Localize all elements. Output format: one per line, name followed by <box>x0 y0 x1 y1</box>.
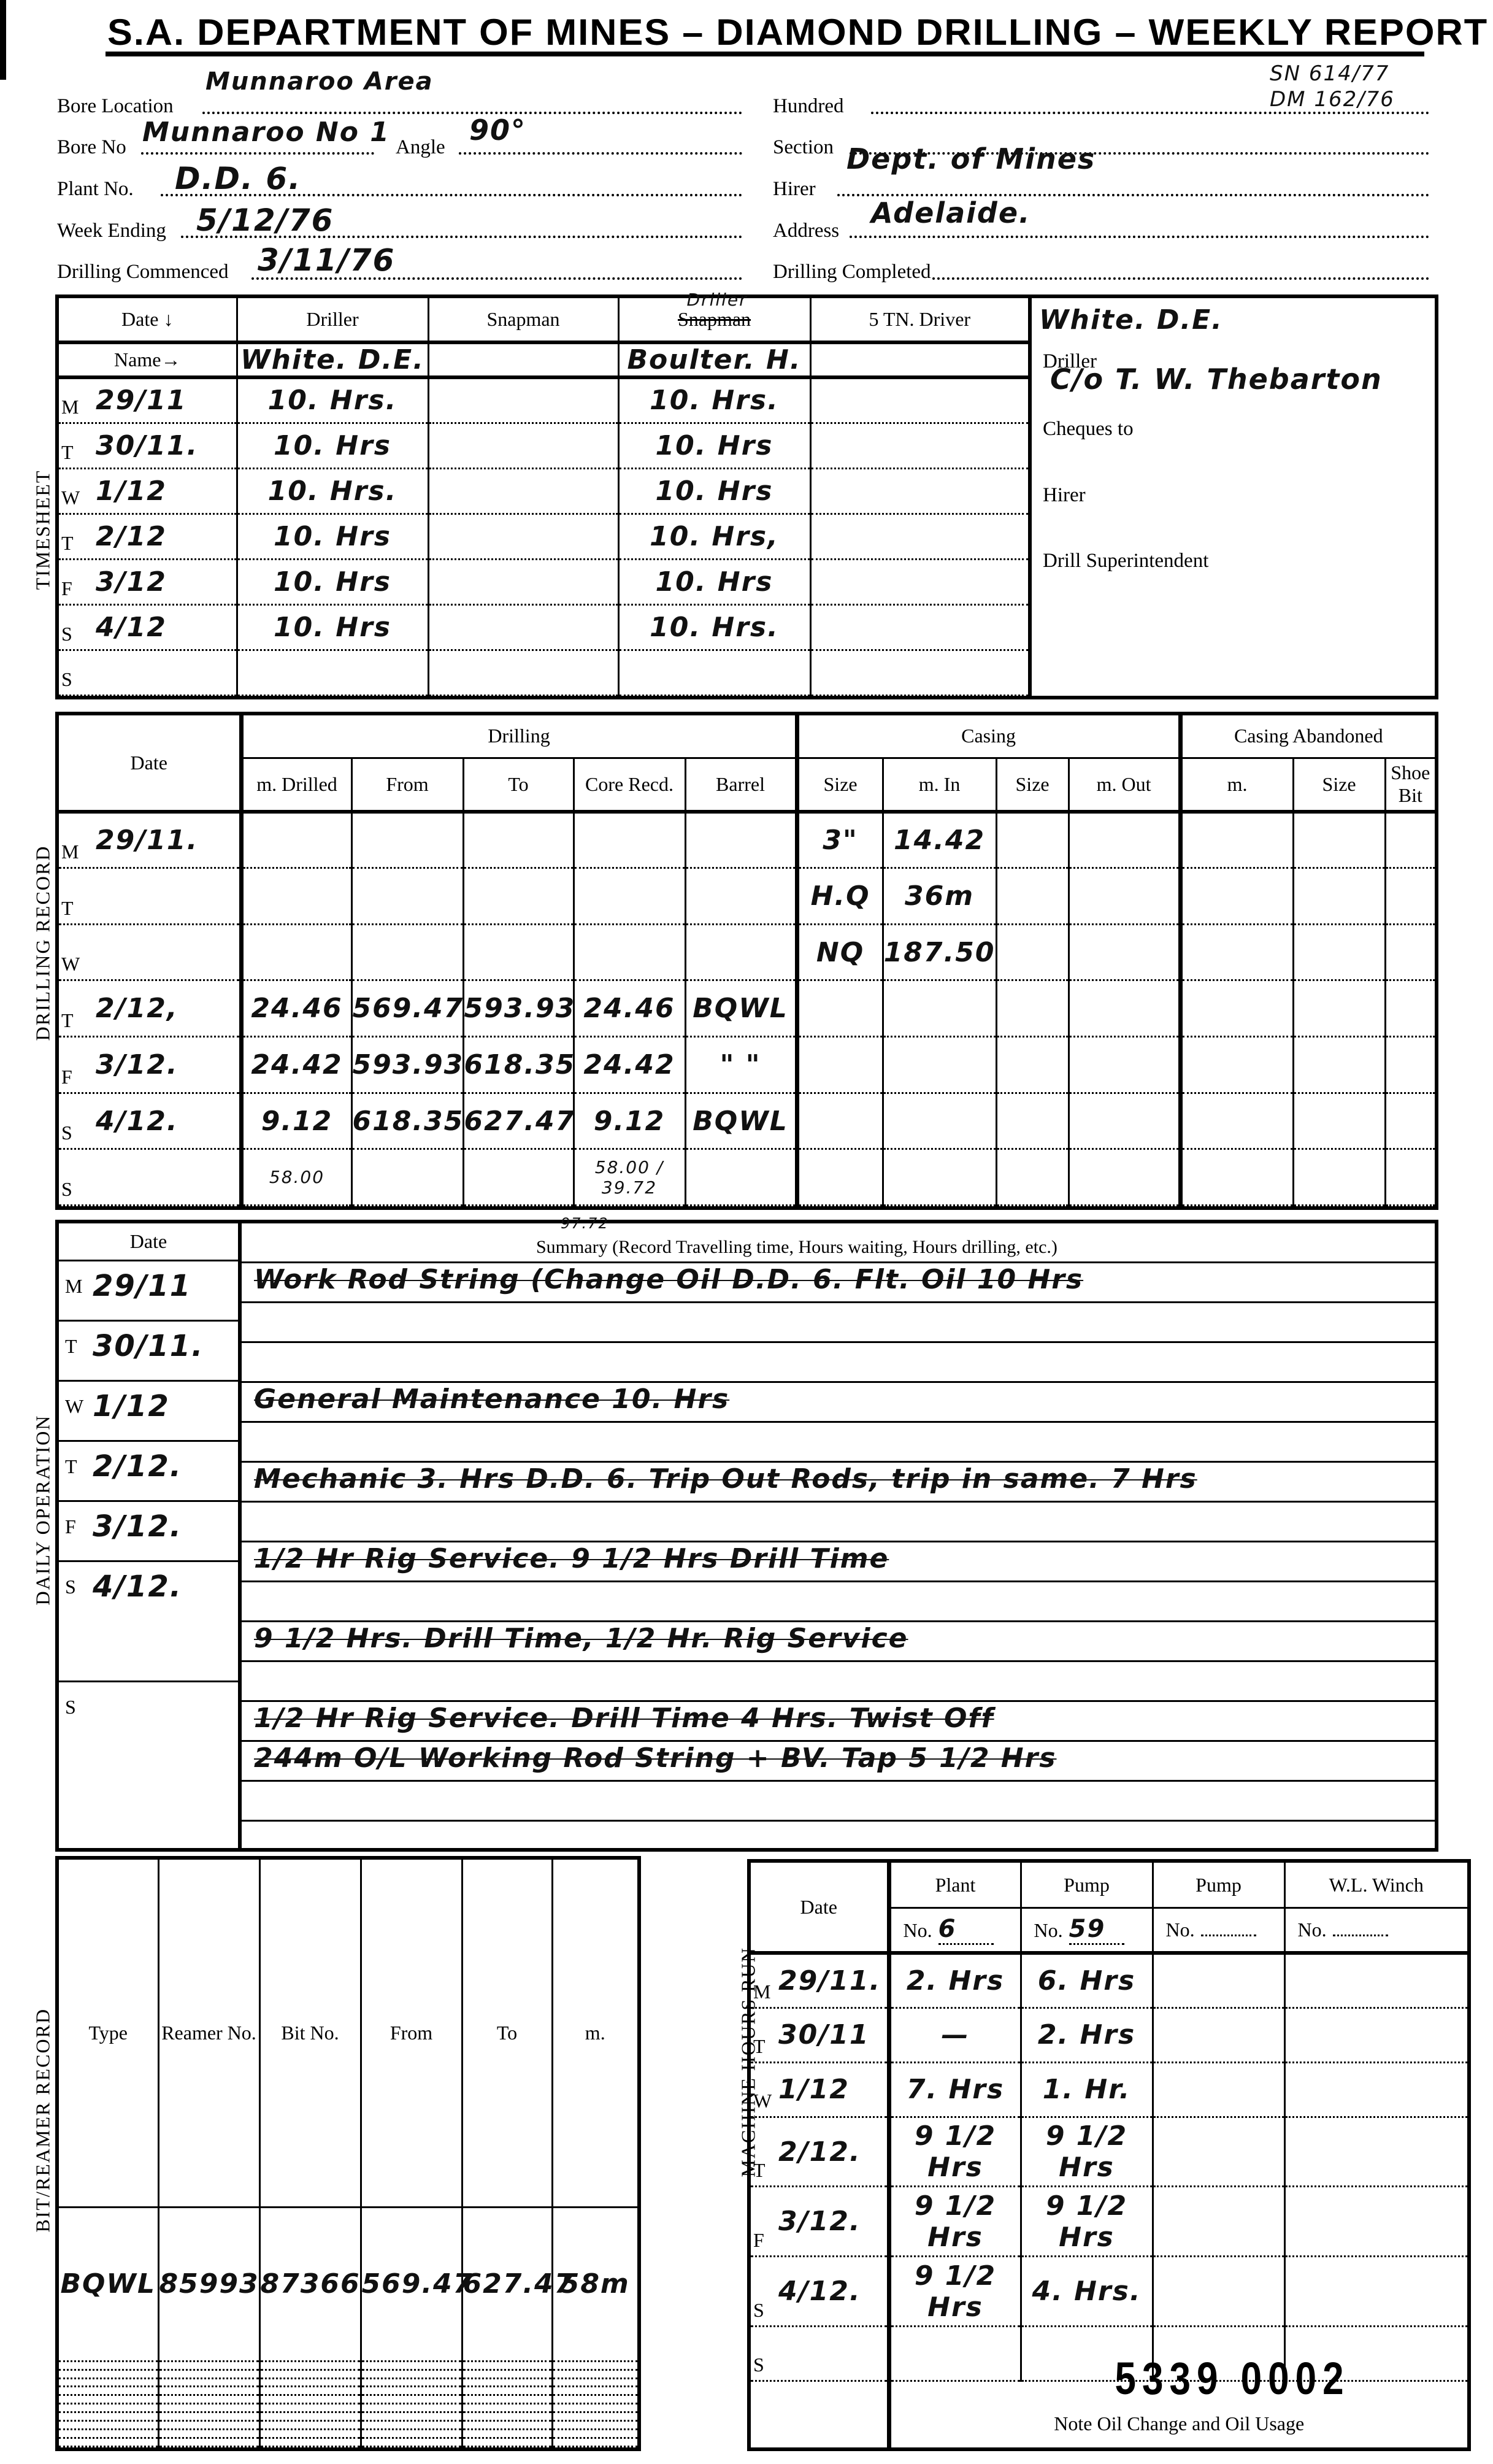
drilling-core[interactable]: 9.12 <box>574 1093 685 1149</box>
drilling-m-drilled[interactable]: 58.00 <box>241 1149 351 1206</box>
drilling-barrel[interactable] <box>685 924 797 980</box>
bit-m[interactable] <box>552 2370 637 2378</box>
bore-no-field[interactable] <box>141 152 374 155</box>
bit-from[interactable] <box>361 2378 462 2387</box>
drilling-to[interactable] <box>463 868 574 925</box>
daily-date[interactable]: 4/12. <box>93 1569 182 1604</box>
address-field[interactable] <box>850 236 1429 238</box>
bit-reamer-no[interactable] <box>158 2438 259 2447</box>
bit-from[interactable] <box>361 2412 462 2421</box>
bit-type[interactable] <box>59 2438 158 2447</box>
drilling-size-out[interactable] <box>996 924 1069 980</box>
daily-date-cell: F3/12. <box>59 1502 238 1562</box>
drilling-size-in[interactable] <box>797 1149 883 1206</box>
col-bit-no: Bit No. <box>259 1860 361 2207</box>
timesheet-hours-driller[interactable] <box>237 650 428 695</box>
timesheet-row: S <box>59 650 1028 695</box>
hours-pump2[interactable] <box>1153 1953 1284 2008</box>
bit-from[interactable] <box>361 2387 462 2395</box>
summary-rule <box>242 1780 1435 1782</box>
drilling-to[interactable]: 627.47 <box>463 1093 574 1149</box>
drilling-from[interactable]: 618.35 <box>351 1093 463 1149</box>
bit-type[interactable]: BQWL <box>59 2207 158 2361</box>
angle-label: Angle <box>396 136 445 159</box>
drilling-m-in[interactable] <box>883 1037 996 1093</box>
group-drilling: Drilling <box>241 715 797 758</box>
daily-date[interactable]: 30/11. <box>93 1329 204 1363</box>
driller-signature-value: C/o T. W. Thebarton <box>1050 363 1383 396</box>
timesheet-row: W1/1210. Hrs.10. Hrs <box>59 468 1028 514</box>
bit-reamer-no[interactable] <box>158 2387 259 2395</box>
timesheet-hours-driller[interactable]: 10. Hrs <box>237 604 428 650</box>
machine-hours-row: T2/12.9 1/2 Hrs9 1/2 Hrs <box>751 2117 1467 2187</box>
week-ending-label: Week Ending <box>57 220 166 242</box>
bit-m[interactable] <box>552 2378 637 2387</box>
drilling-row: T2/12,24.46569.47593.9324.46BQWL <box>59 980 1435 1037</box>
hours-plant[interactable]: 2. Hrs <box>889 1953 1021 2008</box>
hours-plant[interactable]: 9 1/2 Hrs <box>889 2187 1021 2257</box>
no-label: No. <box>1034 1919 1063 1941</box>
bit-type[interactable] <box>59 2421 158 2430</box>
bit-bit-no[interactable] <box>259 2370 361 2378</box>
drilling-completed-field[interactable] <box>932 277 1429 280</box>
drilling-m-out[interactable] <box>1069 1093 1180 1149</box>
day-letter: F <box>61 577 72 600</box>
machine-date[interactable]: 3/12. <box>778 2206 861 2237</box>
bit-reamer-no[interactable] <box>158 2421 259 2430</box>
machine-date[interactable]: 2/12. <box>778 2136 861 2168</box>
timesheet-hours-snapman2[interactable]: 10. Hrs <box>618 423 810 468</box>
timesheet-section: Date ↓ Driller Snapman Driller Snapman 5… <box>55 295 1438 699</box>
timesheet-date[interactable]: 1/12 <box>96 475 167 507</box>
drilling-shoe[interactable] <box>1385 868 1435 925</box>
timesheet-hours-driver[interactable] <box>810 514 1028 559</box>
timesheet-date[interactable]: 29/11 <box>96 385 187 416</box>
drilling-ab-m[interactable] <box>1180 924 1293 980</box>
timesheet-hours-driller[interactable]: 10. Hrs <box>237 514 428 559</box>
drilling-to[interactable]: 593.93 <box>463 980 574 1037</box>
drilling-core[interactable]: 24.46 <box>574 980 685 1037</box>
summary-text[interactable]: 244m O/L Working Rod String + BV. Tap 5 … <box>254 1742 1057 1774</box>
col-m-drilled: m. Drilled <box>241 758 351 812</box>
hours-pump1[interactable]: 2. Hrs <box>1021 2008 1153 2062</box>
timesheet-hours-driver[interactable] <box>810 604 1028 650</box>
bit-m[interactable] <box>552 2421 637 2430</box>
summary-rule <box>242 1700 1435 1702</box>
bit-bit-no[interactable] <box>259 2421 361 2430</box>
drilling-to[interactable] <box>463 924 574 980</box>
drilling-m-drilled[interactable] <box>241 812 351 868</box>
bit-bit-no[interactable] <box>259 2404 361 2412</box>
group-casing-abandoned: Casing Abandoned <box>1180 715 1435 758</box>
drilling-m-in[interactable] <box>883 980 996 1037</box>
drilling-core[interactable]: 58.00 / 39.72 <box>574 1149 685 1206</box>
drilling-row: S58.0058.00 / 39.72 <box>59 1149 1435 1206</box>
timesheet-date-cell: S <box>59 650 237 695</box>
bit-bit-no[interactable] <box>259 2438 361 2447</box>
bit-reamer-row <box>59 2387 637 2395</box>
timesheet-hours-snapman2[interactable]: 10. Hrs, <box>618 514 810 559</box>
drilling-m-in[interactable]: 36m <box>883 868 996 925</box>
bit-m[interactable] <box>552 2387 637 2395</box>
timesheet-hours-snapman2[interactable]: 10. Hrs <box>618 559 810 604</box>
bit-m[interactable] <box>552 2430 637 2438</box>
bit-to[interactable] <box>462 2430 552 2438</box>
drilling-row: WNQ187.50 <box>59 924 1435 980</box>
summary-rule <box>242 1381 1435 1383</box>
drilling-ab-m[interactable] <box>1180 980 1293 1037</box>
drilling-size-in[interactable]: 3" <box>797 812 883 868</box>
timesheet-hours-snapman1[interactable] <box>428 514 618 559</box>
bit-bit-no[interactable] <box>259 2430 361 2438</box>
timesheet-hours-snapman2[interactable] <box>618 650 810 695</box>
drilling-barrel[interactable]: BQWL <box>685 1093 797 1149</box>
drilling-m-drilled[interactable]: 24.46 <box>241 980 351 1037</box>
machine-date[interactable]: 1/12 <box>778 2074 850 2105</box>
machine-date-cell: T30/11 <box>751 2008 889 2062</box>
driver-name[interactable] <box>810 342 1028 377</box>
hours-plant[interactable]: — <box>889 2008 1021 2062</box>
drilling-ab-size[interactable] <box>1293 1093 1385 1149</box>
hours-pump1[interactable]: 9 1/2 Hrs <box>1021 2187 1153 2257</box>
hours-winch[interactable] <box>1284 2257 1467 2327</box>
drilling-from[interactable] <box>351 868 463 925</box>
driller-name[interactable]: White. D.E. <box>237 342 428 377</box>
drilling-from[interactable]: 569.47 <box>351 980 463 1037</box>
drilling-size-in[interactable]: NQ <box>797 924 883 980</box>
snapman-1-name[interactable] <box>428 342 618 377</box>
drilling-m-out[interactable] <box>1069 1037 1180 1093</box>
hours-winch[interactable] <box>1284 1953 1467 2008</box>
bit-type[interactable] <box>59 2387 158 2395</box>
drilling-m-in[interactable] <box>883 1093 996 1149</box>
hours-plant[interactable]: 9 1/2 Hrs <box>889 2257 1021 2327</box>
bit-from[interactable] <box>361 2430 462 2438</box>
drilling-m-drilled[interactable] <box>241 924 351 980</box>
hours-winch[interactable] <box>1284 2062 1467 2117</box>
name-row-label: Name→ <box>59 342 237 377</box>
bit-to[interactable] <box>462 2412 552 2421</box>
timesheet-date[interactable]: 4/12 <box>96 612 167 643</box>
timesheet-hours-snapman2[interactable]: 10. Hrs <box>618 468 810 514</box>
drilling-size-out[interactable] <box>996 1037 1069 1093</box>
no-value[interactable]: 6 <box>938 1915 994 1945</box>
col-barrel: Barrel <box>685 758 797 812</box>
daily-date[interactable]: 3/12. <box>93 1509 182 1544</box>
drilling-to[interactable]: 618.35 <box>463 1037 574 1093</box>
drilling-row: S4/12.9.12618.35627.479.12BQWL <box>59 1093 1435 1149</box>
signature-top-value: White. D.E. <box>1039 304 1223 336</box>
bit-to[interactable] <box>462 2404 552 2412</box>
drilling-core[interactable] <box>574 812 685 868</box>
bit-reamer-row <box>59 2430 637 2438</box>
bit-reamer-no[interactable] <box>158 2378 259 2387</box>
timesheet-hours-snapman1[interactable] <box>428 423 618 468</box>
timesheet-hours-snapman2[interactable]: 10. Hrs. <box>618 604 810 650</box>
drilling-size-out[interactable] <box>996 1093 1069 1149</box>
timesheet-hours-driller[interactable]: 10. Hrs <box>237 559 428 604</box>
drilling-to[interactable] <box>463 1149 574 1206</box>
timesheet-date[interactable]: 30/11. <box>96 430 198 461</box>
day-letter: T <box>61 441 74 464</box>
bit-type[interactable] <box>59 2378 158 2387</box>
bit-type[interactable] <box>59 2404 158 2412</box>
timesheet-hours-driver[interactable] <box>810 559 1028 604</box>
drilling-shoe[interactable] <box>1385 980 1435 1037</box>
summary-rule <box>242 1820 1435 1822</box>
daily-date[interactable]: 1/12 <box>93 1389 170 1423</box>
drilling-row: M29/11.3"14.42 <box>59 812 1435 868</box>
daily-date[interactable]: 29/11 <box>93 1269 191 1303</box>
drilling-m-out[interactable] <box>1069 924 1180 980</box>
no-cell: No. <box>1284 1908 1467 1954</box>
drilling-barrel[interactable] <box>685 868 797 925</box>
timesheet-date[interactable]: 2/12 <box>96 521 167 552</box>
drilling-from[interactable] <box>351 924 463 980</box>
col-to: To <box>463 758 574 812</box>
no-value[interactable]: 59 <box>1069 1915 1124 1945</box>
timesheet-date[interactable]: 3/12 <box>96 566 167 598</box>
bit-to[interactable] <box>462 2387 552 2395</box>
col-size: Size <box>797 758 883 812</box>
drilling-core[interactable]: 24.42 <box>574 1037 685 1093</box>
bit-type[interactable] <box>59 2361 158 2370</box>
drilling-record-section: Date Drilling Casing Casing Abandoned m.… <box>55 712 1438 1210</box>
bit-from[interactable] <box>361 2370 462 2378</box>
drilling-m-drilled[interactable] <box>241 868 351 925</box>
bit-reamer-no[interactable] <box>158 2361 259 2370</box>
machine-date-cell: F3/12. <box>751 2187 889 2257</box>
drilling-size-in[interactable] <box>797 980 883 1037</box>
timesheet-hours-snapman2[interactable]: 10. Hrs. <box>618 377 810 423</box>
drilling-ab-size[interactable] <box>1293 1037 1385 1093</box>
summary-text[interactable]: 9 1/2 Hrs. Drill Time, 1/2 Hr. Rig Servi… <box>254 1623 908 1654</box>
bit-bit-no[interactable] <box>259 2378 361 2387</box>
drilling-ab-m[interactable] <box>1180 812 1293 868</box>
machine-date[interactable]: 30/11 <box>778 2019 870 2050</box>
col-snapman-2-label: Snapman <box>678 308 751 330</box>
machine-date[interactable]: 4/12. <box>778 2276 861 2307</box>
address-value: Adelaide. <box>871 196 1031 229</box>
bit-bit-no[interactable] <box>259 2395 361 2404</box>
drilling-core[interactable] <box>574 868 685 925</box>
bit-m[interactable] <box>552 2404 637 2412</box>
bit-bit-no[interactable]: 87366 <box>259 2207 361 2361</box>
drilling-core[interactable] <box>574 924 685 980</box>
bit-reamer-row <box>59 2404 637 2412</box>
drilling-date[interactable]: 3/12. <box>96 1049 178 1080</box>
hours-winch[interactable] <box>1284 2187 1467 2257</box>
bit-bit-no[interactable] <box>259 2412 361 2421</box>
daily-date-cell: W1/12 <box>59 1382 238 1442</box>
bit-type[interactable] <box>59 2395 158 2404</box>
timesheet-hours-snapman1[interactable] <box>428 377 618 423</box>
hours-plant[interactable] <box>889 2327 1021 2381</box>
drilling-shoe[interactable] <box>1385 924 1435 980</box>
bit-from[interactable] <box>361 2421 462 2430</box>
drilling-ab-m[interactable] <box>1180 1037 1293 1093</box>
timesheet-row: T30/11.10. Hrs10. Hrs <box>59 423 1028 468</box>
bit-m[interactable] <box>552 2395 637 2404</box>
drilling-m-out[interactable] <box>1069 1149 1180 1206</box>
bit-to[interactable] <box>462 2378 552 2387</box>
drilling-date[interactable]: 29/11. <box>96 825 198 856</box>
bit-bit-no[interactable] <box>259 2361 361 2370</box>
angle-field[interactable] <box>459 152 742 155</box>
bit-type[interactable] <box>59 2412 158 2421</box>
timesheet-hours-driller[interactable]: 10. Hrs. <box>237 468 428 514</box>
timesheet-hours-snapman1[interactable] <box>428 604 618 650</box>
summary-text[interactable]: Mechanic 3. Hrs D.D. 6. Trip Out Rods, t… <box>254 1463 1197 1495</box>
drilling-barrel[interactable]: " " <box>685 1037 797 1093</box>
drilling-ab-size[interactable] <box>1293 1149 1385 1206</box>
stamp-number: 5339 0002 <box>1115 2353 1350 2405</box>
drilling-from[interactable] <box>351 812 463 868</box>
bit-type[interactable] <box>59 2370 158 2378</box>
timesheet-hours-snapman1[interactable] <box>428 559 618 604</box>
drilling-ab-m[interactable] <box>1180 868 1293 925</box>
bit-type[interactable] <box>59 2430 158 2438</box>
drilling-size-in[interactable]: H.Q <box>797 868 883 925</box>
drilling-barrel[interactable]: BQWL <box>685 980 797 1037</box>
drilling-size-out[interactable] <box>996 980 1069 1037</box>
day-letter: T <box>65 1455 77 1478</box>
drilling-ab-size[interactable] <box>1293 924 1385 980</box>
timesheet-hours-driver[interactable] <box>810 377 1028 423</box>
timesheet-hours-snapman1[interactable] <box>428 650 618 695</box>
drilling-to[interactable] <box>463 812 574 868</box>
bit-from[interactable] <box>361 2404 462 2412</box>
bit-m[interactable]: 58m <box>552 2207 637 2361</box>
timesheet-hours-driller[interactable]: 10. Hrs <box>237 423 428 468</box>
drilling-date-cell: T2/12, <box>59 980 241 1037</box>
drilling-shoe[interactable] <box>1385 1149 1435 1206</box>
summary-text[interactable]: 1/2 Hr Rig Service. 9 1/2 Hrs Drill Time <box>254 1543 889 1574</box>
drilling-ab-size[interactable] <box>1293 868 1385 925</box>
bit-reamer-no[interactable] <box>158 2430 259 2438</box>
hours-pump1[interactable]: 4. Hrs. <box>1021 2257 1153 2327</box>
hours-pump2[interactable] <box>1153 2117 1284 2187</box>
bit-from[interactable] <box>361 2395 462 2404</box>
bit-reamer-no[interactable]: 85993 <box>158 2207 259 2361</box>
hours-plant[interactable]: 9 1/2 Hrs <box>889 2117 1021 2187</box>
hours-winch[interactable] <box>1284 2117 1467 2187</box>
summary-rule <box>242 1620 1435 1622</box>
drilling-m-in[interactable]: 14.42 <box>883 812 996 868</box>
hours-pump2[interactable] <box>1153 2187 1284 2257</box>
drilling-date[interactable]: 2/12, <box>96 993 178 1024</box>
no-value[interactable] <box>1333 1935 1388 1936</box>
bit-to[interactable] <box>462 2361 552 2370</box>
hours-pump2[interactable] <box>1153 2008 1284 2062</box>
day-letter: T <box>753 2159 766 2182</box>
bit-to[interactable] <box>462 2421 552 2430</box>
bit-bit-no[interactable] <box>259 2387 361 2395</box>
daily-date-cell: S <box>59 1682 238 1792</box>
drilling-m-in[interactable] <box>883 1149 996 1206</box>
hours-plant[interactable]: 7. Hrs <box>889 2062 1021 2117</box>
hundred-field[interactable] <box>871 112 1429 114</box>
drilling-from[interactable] <box>351 1149 463 1206</box>
bit-from[interactable]: 569.47 <box>361 2207 462 2361</box>
timesheet-hours-driver[interactable] <box>810 468 1028 514</box>
bit-m[interactable] <box>552 2438 637 2447</box>
section-label: Section <box>773 136 834 159</box>
hours-pump1[interactable]: 6. Hrs <box>1021 1953 1153 2008</box>
drilling-size-out[interactable] <box>996 868 1069 925</box>
drilling-shoe[interactable] <box>1385 812 1435 868</box>
snapman-2-name[interactable]: Boulter. H. <box>618 342 810 377</box>
bit-m[interactable] <box>552 2361 637 2370</box>
angle-value: 90° <box>469 114 526 147</box>
hours-pump1[interactable]: 1. Hr. <box>1021 2062 1153 2117</box>
timesheet-hours-driller[interactable]: 10. Hrs. <box>237 377 428 423</box>
drilling-barrel[interactable] <box>685 1149 797 1206</box>
timesheet-hours-driver[interactable] <box>810 423 1028 468</box>
bit-reamer-no[interactable] <box>158 2395 259 2404</box>
drilling-size-out[interactable] <box>996 1149 1069 1206</box>
machine-date[interactable]: 29/11. <box>778 1965 881 1996</box>
no-value[interactable] <box>1201 1935 1256 1936</box>
bit-from[interactable] <box>361 2361 462 2370</box>
bit-to[interactable] <box>462 2395 552 2404</box>
hours-pump2[interactable] <box>1153 2062 1284 2117</box>
bit-reamer-no[interactable] <box>158 2404 259 2412</box>
drilling-size-in[interactable] <box>797 1093 883 1149</box>
daily-date[interactable]: 2/12. <box>93 1449 182 1484</box>
drilling-m-drilled[interactable]: 24.42 <box>241 1037 351 1093</box>
drilling-size-out[interactable] <box>996 812 1069 868</box>
col-shoe-bit: Shoe Bit <box>1385 758 1435 812</box>
bit-to[interactable] <box>462 2438 552 2447</box>
bit-to[interactable] <box>462 2370 552 2378</box>
timesheet-date-cell: S4/12 <box>59 604 237 650</box>
bit-reamer-no[interactable] <box>158 2370 259 2378</box>
drilling-m-out[interactable] <box>1069 812 1180 868</box>
bit-reamer-row <box>59 2421 637 2430</box>
drilling-ab-m[interactable] <box>1180 1093 1293 1149</box>
machine-date-cell: S <box>751 2327 889 2381</box>
drilling-from[interactable]: 593.93 <box>351 1037 463 1093</box>
drilling-shoe[interactable] <box>1385 1093 1435 1149</box>
timesheet-hours-driver[interactable] <box>810 650 1028 695</box>
bit-from[interactable] <box>361 2438 462 2447</box>
cheques-to-label: Cheques to <box>1043 418 1134 441</box>
hours-pump1[interactable]: 9 1/2 Hrs <box>1021 2117 1153 2187</box>
drilling-shoe[interactable] <box>1385 1037 1435 1093</box>
drilling-m-out[interactable] <box>1069 868 1180 925</box>
drilling-m-drilled[interactable]: 9.12 <box>241 1093 351 1149</box>
bit-to[interactable]: 627.47 <box>462 2207 552 2361</box>
timesheet-date-cell: T2/12 <box>59 514 237 559</box>
bit-m[interactable] <box>552 2412 637 2421</box>
summary-text[interactable]: General Maintenance 10. Hrs <box>254 1384 729 1415</box>
drilling-ab-size[interactable] <box>1293 812 1385 868</box>
drilling-size-in[interactable] <box>797 1037 883 1093</box>
drilling-ab-size[interactable] <box>1293 980 1385 1037</box>
hours-winch[interactable] <box>1284 2008 1467 2062</box>
timesheet-hours-snapman1[interactable] <box>428 468 618 514</box>
drilling-m-out[interactable] <box>1069 980 1180 1037</box>
drilling-ab-m[interactable] <box>1180 1149 1293 1206</box>
drilling-barrel[interactable] <box>685 812 797 868</box>
summary-text[interactable]: 1/2 Hr Rig Service. Drill Time 4 Hrs. Tw… <box>254 1703 994 1734</box>
drilling-m-in[interactable]: 187.50 <box>883 924 996 980</box>
drilling-date[interactable]: 4/12. <box>96 1106 178 1137</box>
summary-text[interactable]: Work Rod String (Change Oil D.D. 6. Flt.… <box>254 1264 1083 1295</box>
hours-pump2[interactable] <box>1153 2257 1284 2327</box>
bit-reamer-no[interactable] <box>158 2412 259 2421</box>
